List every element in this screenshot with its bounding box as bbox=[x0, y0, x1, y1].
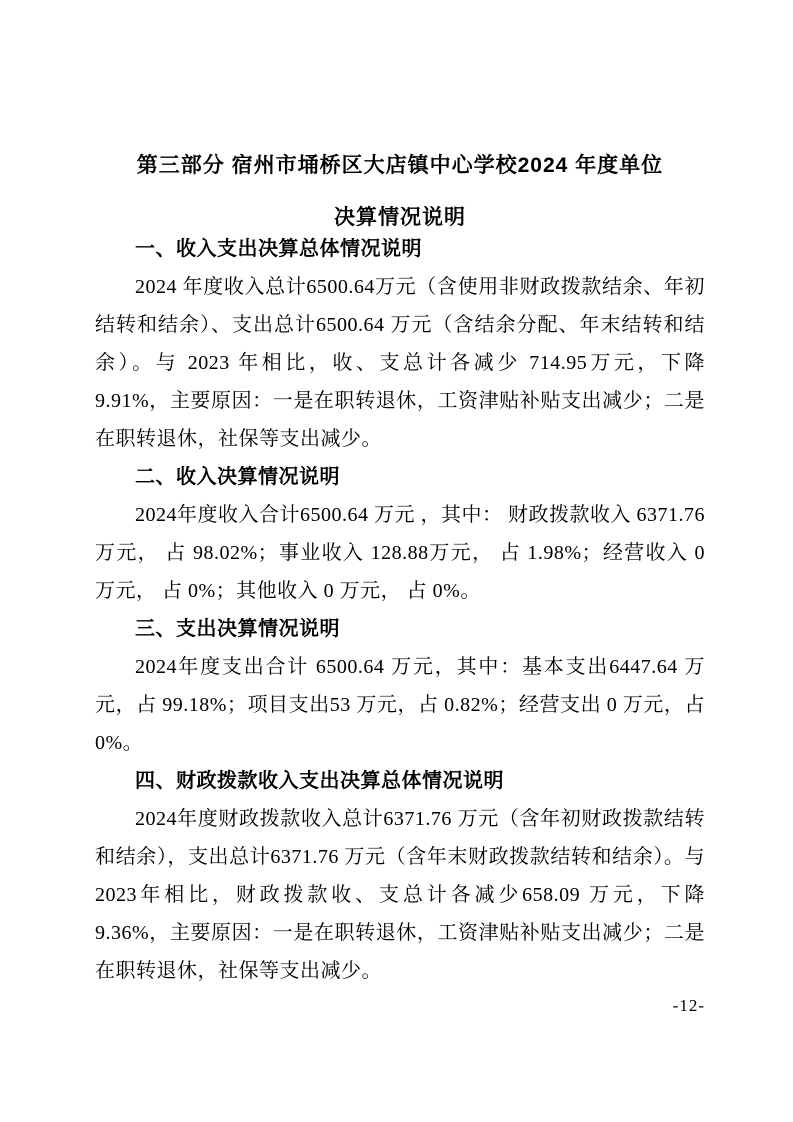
section-heading-income-final-accounts: 二、收入决算情况说明 bbox=[95, 458, 705, 496]
section-paragraph-expenditure-final-accounts: 2024年度支出合计 6500.64 万元，其中：基本支出6447.64 万元，… bbox=[95, 648, 705, 762]
document-title-line-1: 第三部分 宿州市埇桥区大店镇中心学校2024 年度单位 bbox=[95, 140, 705, 192]
section-heading-income-expenditure-overview: 一、收入支出决算总体情况说明 bbox=[95, 230, 705, 268]
section-paragraph-income-expenditure-overview: 2024 年度收入总计6500.64万元（含使用非财政拨款结余、年初结转和结余）… bbox=[95, 268, 705, 458]
section-heading-expenditure-final-accounts: 三、支出决算情况说明 bbox=[95, 610, 705, 648]
document-page: 第三部分 宿州市埇桥区大店镇中心学校2024 年度单位 决算情况说明 一、收入支… bbox=[0, 0, 793, 1122]
section-heading-fiscal-appropriation-overview: 四、财政拨款收入支出决算总体情况说明 bbox=[95, 762, 705, 800]
document-body: 一、收入支出决算总体情况说明 2024 年度收入总计6500.64万元（含使用非… bbox=[95, 230, 705, 990]
page-number: -12- bbox=[673, 996, 705, 1016]
section-paragraph-fiscal-appropriation-overview: 2024年度财政拨款收入总计6371.76 万元（含年初财政拨款结转和结余），支… bbox=[95, 800, 705, 990]
section-paragraph-income-final-accounts: 2024年度收入合计6500.64 万元 ，其中： 财政拨款收入 6371.76… bbox=[95, 496, 705, 610]
